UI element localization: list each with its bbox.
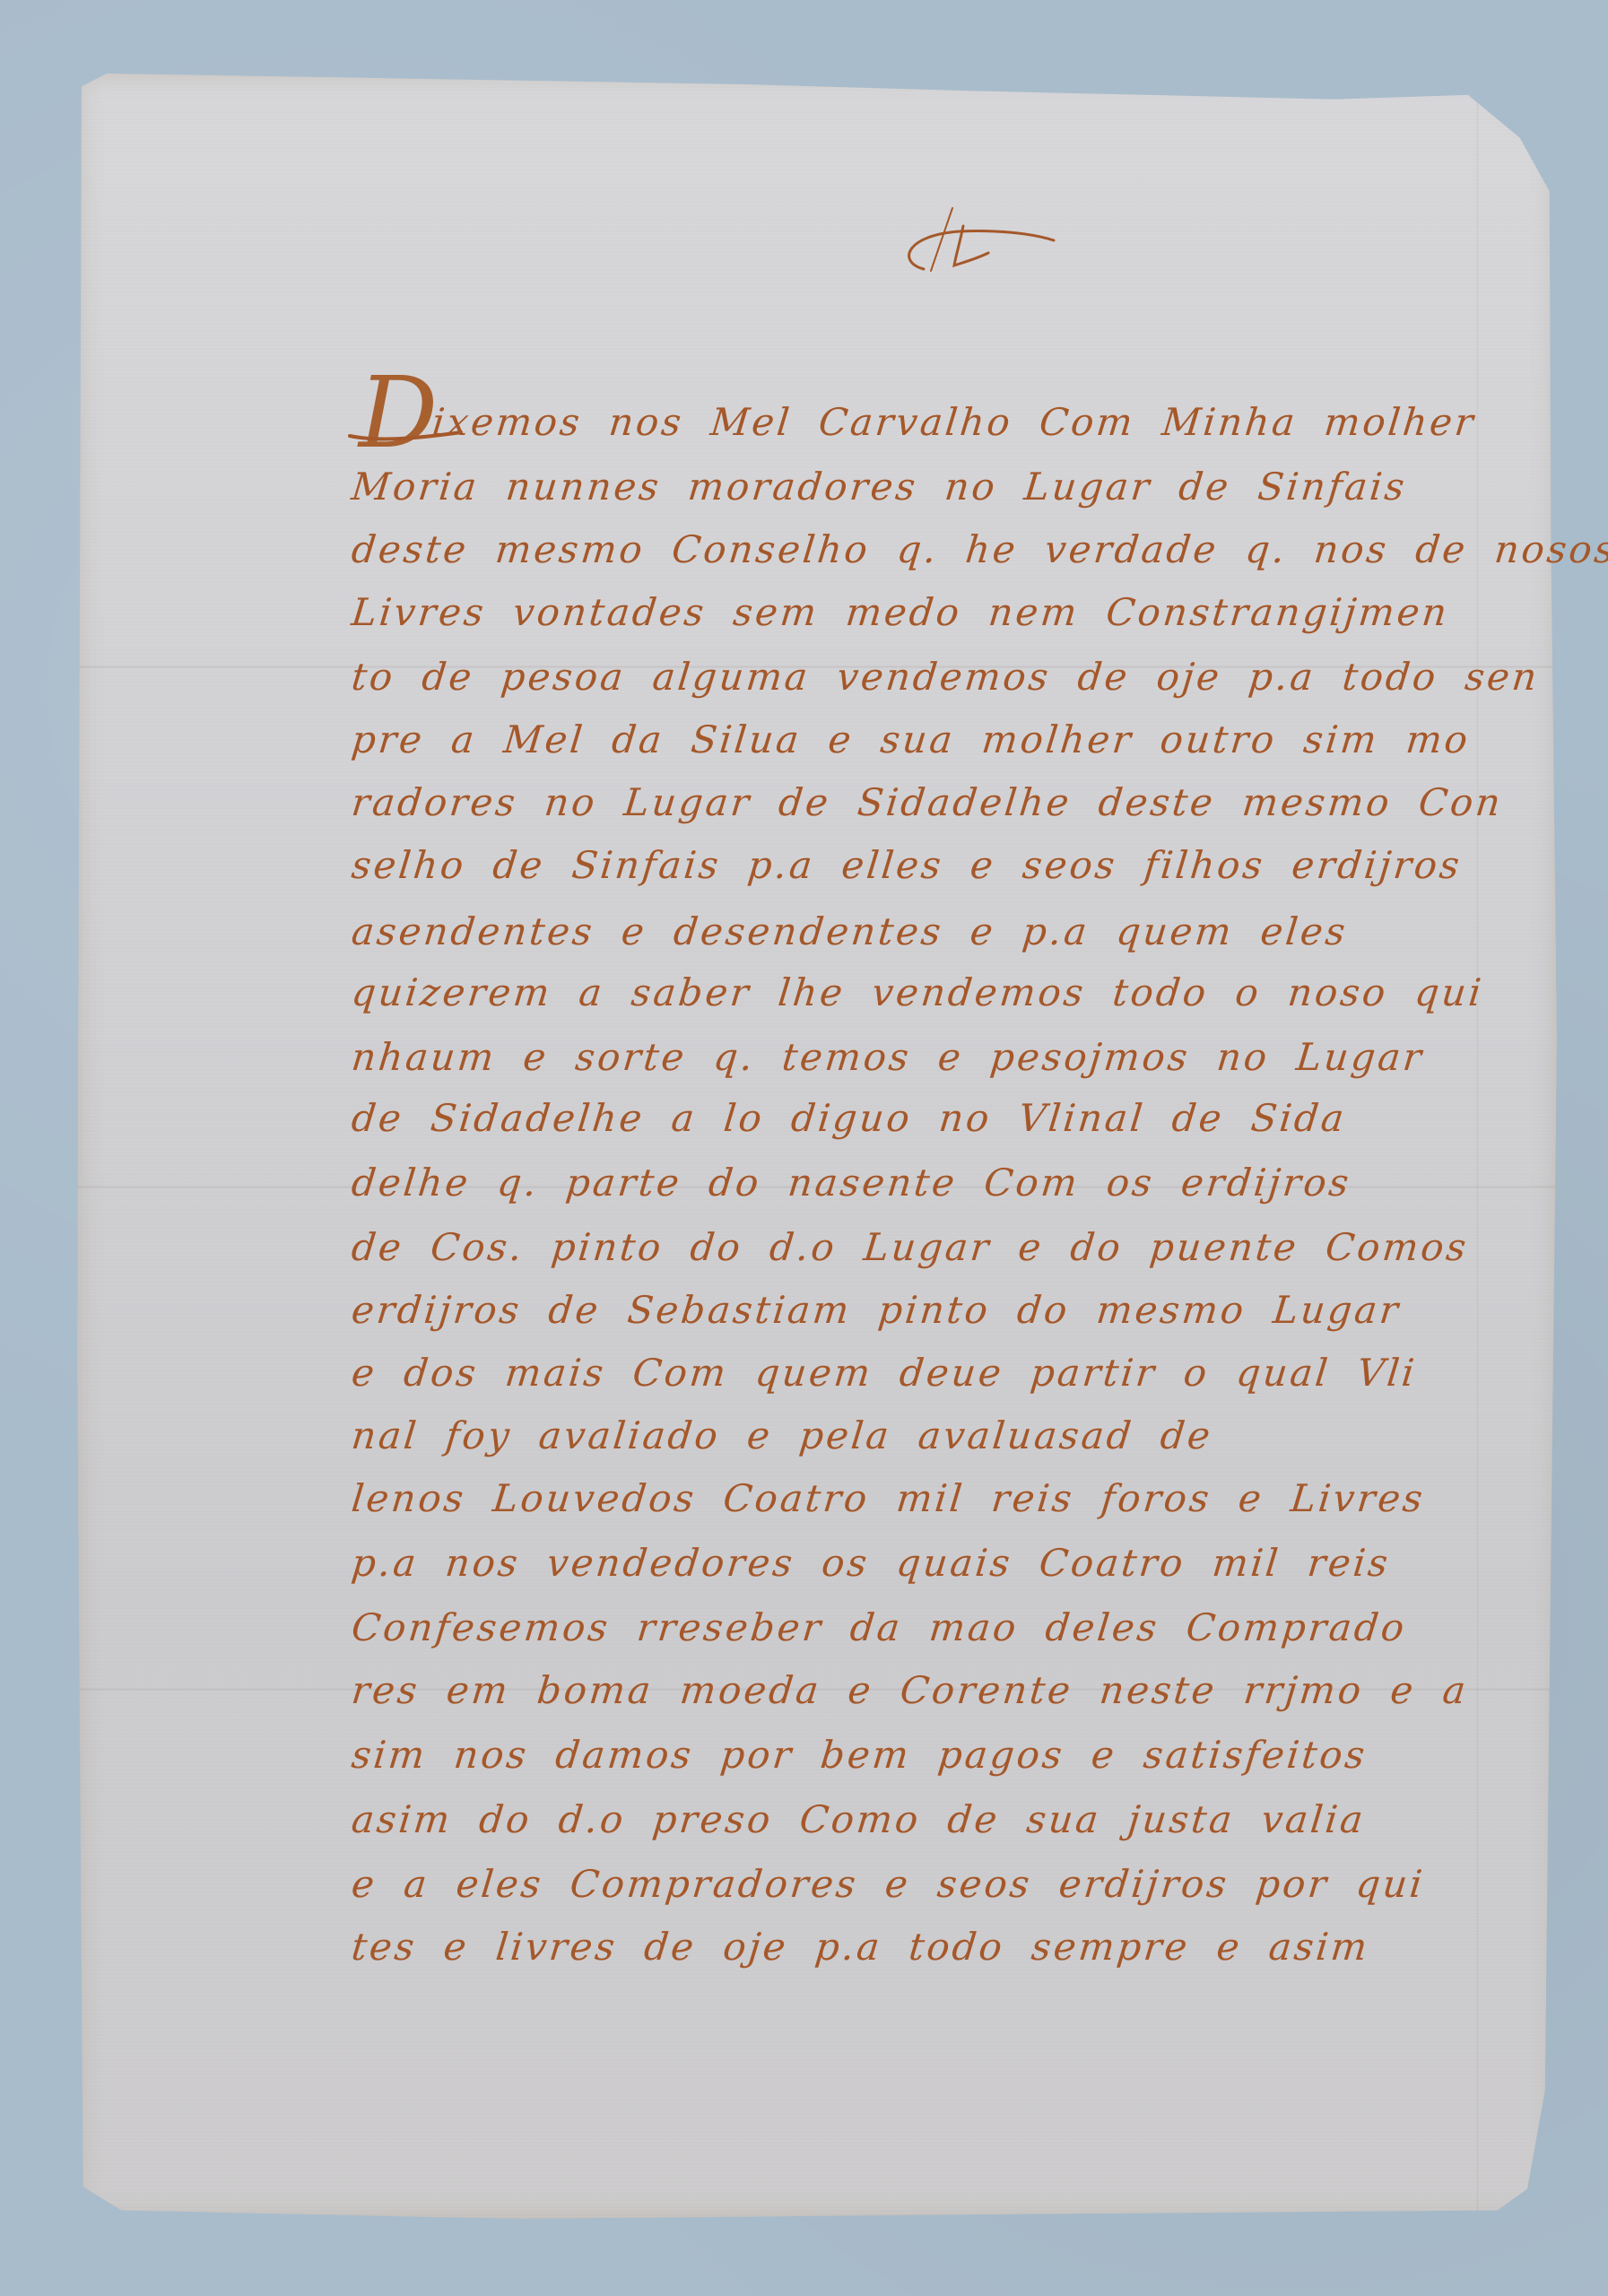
text-line: ixemos nos Mel Carvalho Com Minha molher: [430, 404, 1477, 441]
decorated-initial: D: [359, 363, 438, 462]
text-line: e dos mais Com quem deue partir o qual V…: [350, 1354, 1419, 1392]
text-line: p.a nos vendedores os quais Coatro mil r…: [350, 1544, 1392, 1582]
text-line: delhe q. parte do nasente Com os erdijro…: [350, 1164, 1353, 1202]
text-line: tes e livres de oje p.a todo sempre e as…: [350, 1928, 1371, 1966]
notarial-rubric-icon: [888, 199, 1058, 280]
text-line: Moria nunnes moradores no Lugar de Sinfa…: [350, 468, 1409, 506]
text-line: deste mesmo Conselho q. he verdade q. no…: [350, 531, 1608, 569]
text-line: quizerem a saber lhe vendemos todo o nos…: [350, 974, 1485, 1012]
text-line: Confesemos rreseber da mao deles Comprad…: [350, 1609, 1408, 1647]
text-line: asendentes e desendentes e p.a quem eles: [350, 913, 1350, 951]
text-line: erdijros de Sebastiam pinto do mesmo Lug…: [350, 1291, 1403, 1329]
text-line: de Cos. pinto do d.o Lugar e do puente C…: [350, 1229, 1471, 1266]
text-line: e a eles Compradores e seos erdijros por…: [350, 1865, 1427, 1903]
text-line: de Sidadelhe a lo diguo no Vlinal de Sid…: [350, 1100, 1348, 1137]
text-line: sim nos damos por bem pagos e satisfeito…: [350, 1736, 1369, 1774]
text-line: asim do d.o preso Como de sua justa vali…: [350, 1801, 1368, 1839]
text-line: radores no Lugar de Sidadelhe deste mesm…: [350, 784, 1505, 822]
text-line: nhaum e sorte q. temos e pesojmos no Lug…: [350, 1039, 1426, 1076]
text-line: selho de Sinfais p.a elles e seos filhos…: [350, 847, 1464, 884]
text-line: res em boma moeda e Corente neste rrjmo …: [350, 1672, 1470, 1709]
text-line: pre a Mel da Silua e sua molher outro si…: [350, 721, 1472, 759]
text-line: Livres vontades sem medo nem Constrangij…: [350, 594, 1451, 631]
text-line: nal foy avaliado e pela avaluasad de: [350, 1417, 1214, 1455]
text-line: to de pesoa alguma vendemos de oje p.a t…: [350, 658, 1541, 696]
text-line: lenos Louvedos Coatro mil reis foros e L…: [350, 1480, 1427, 1518]
vertical-fold-crease: [1476, 74, 1479, 2219]
